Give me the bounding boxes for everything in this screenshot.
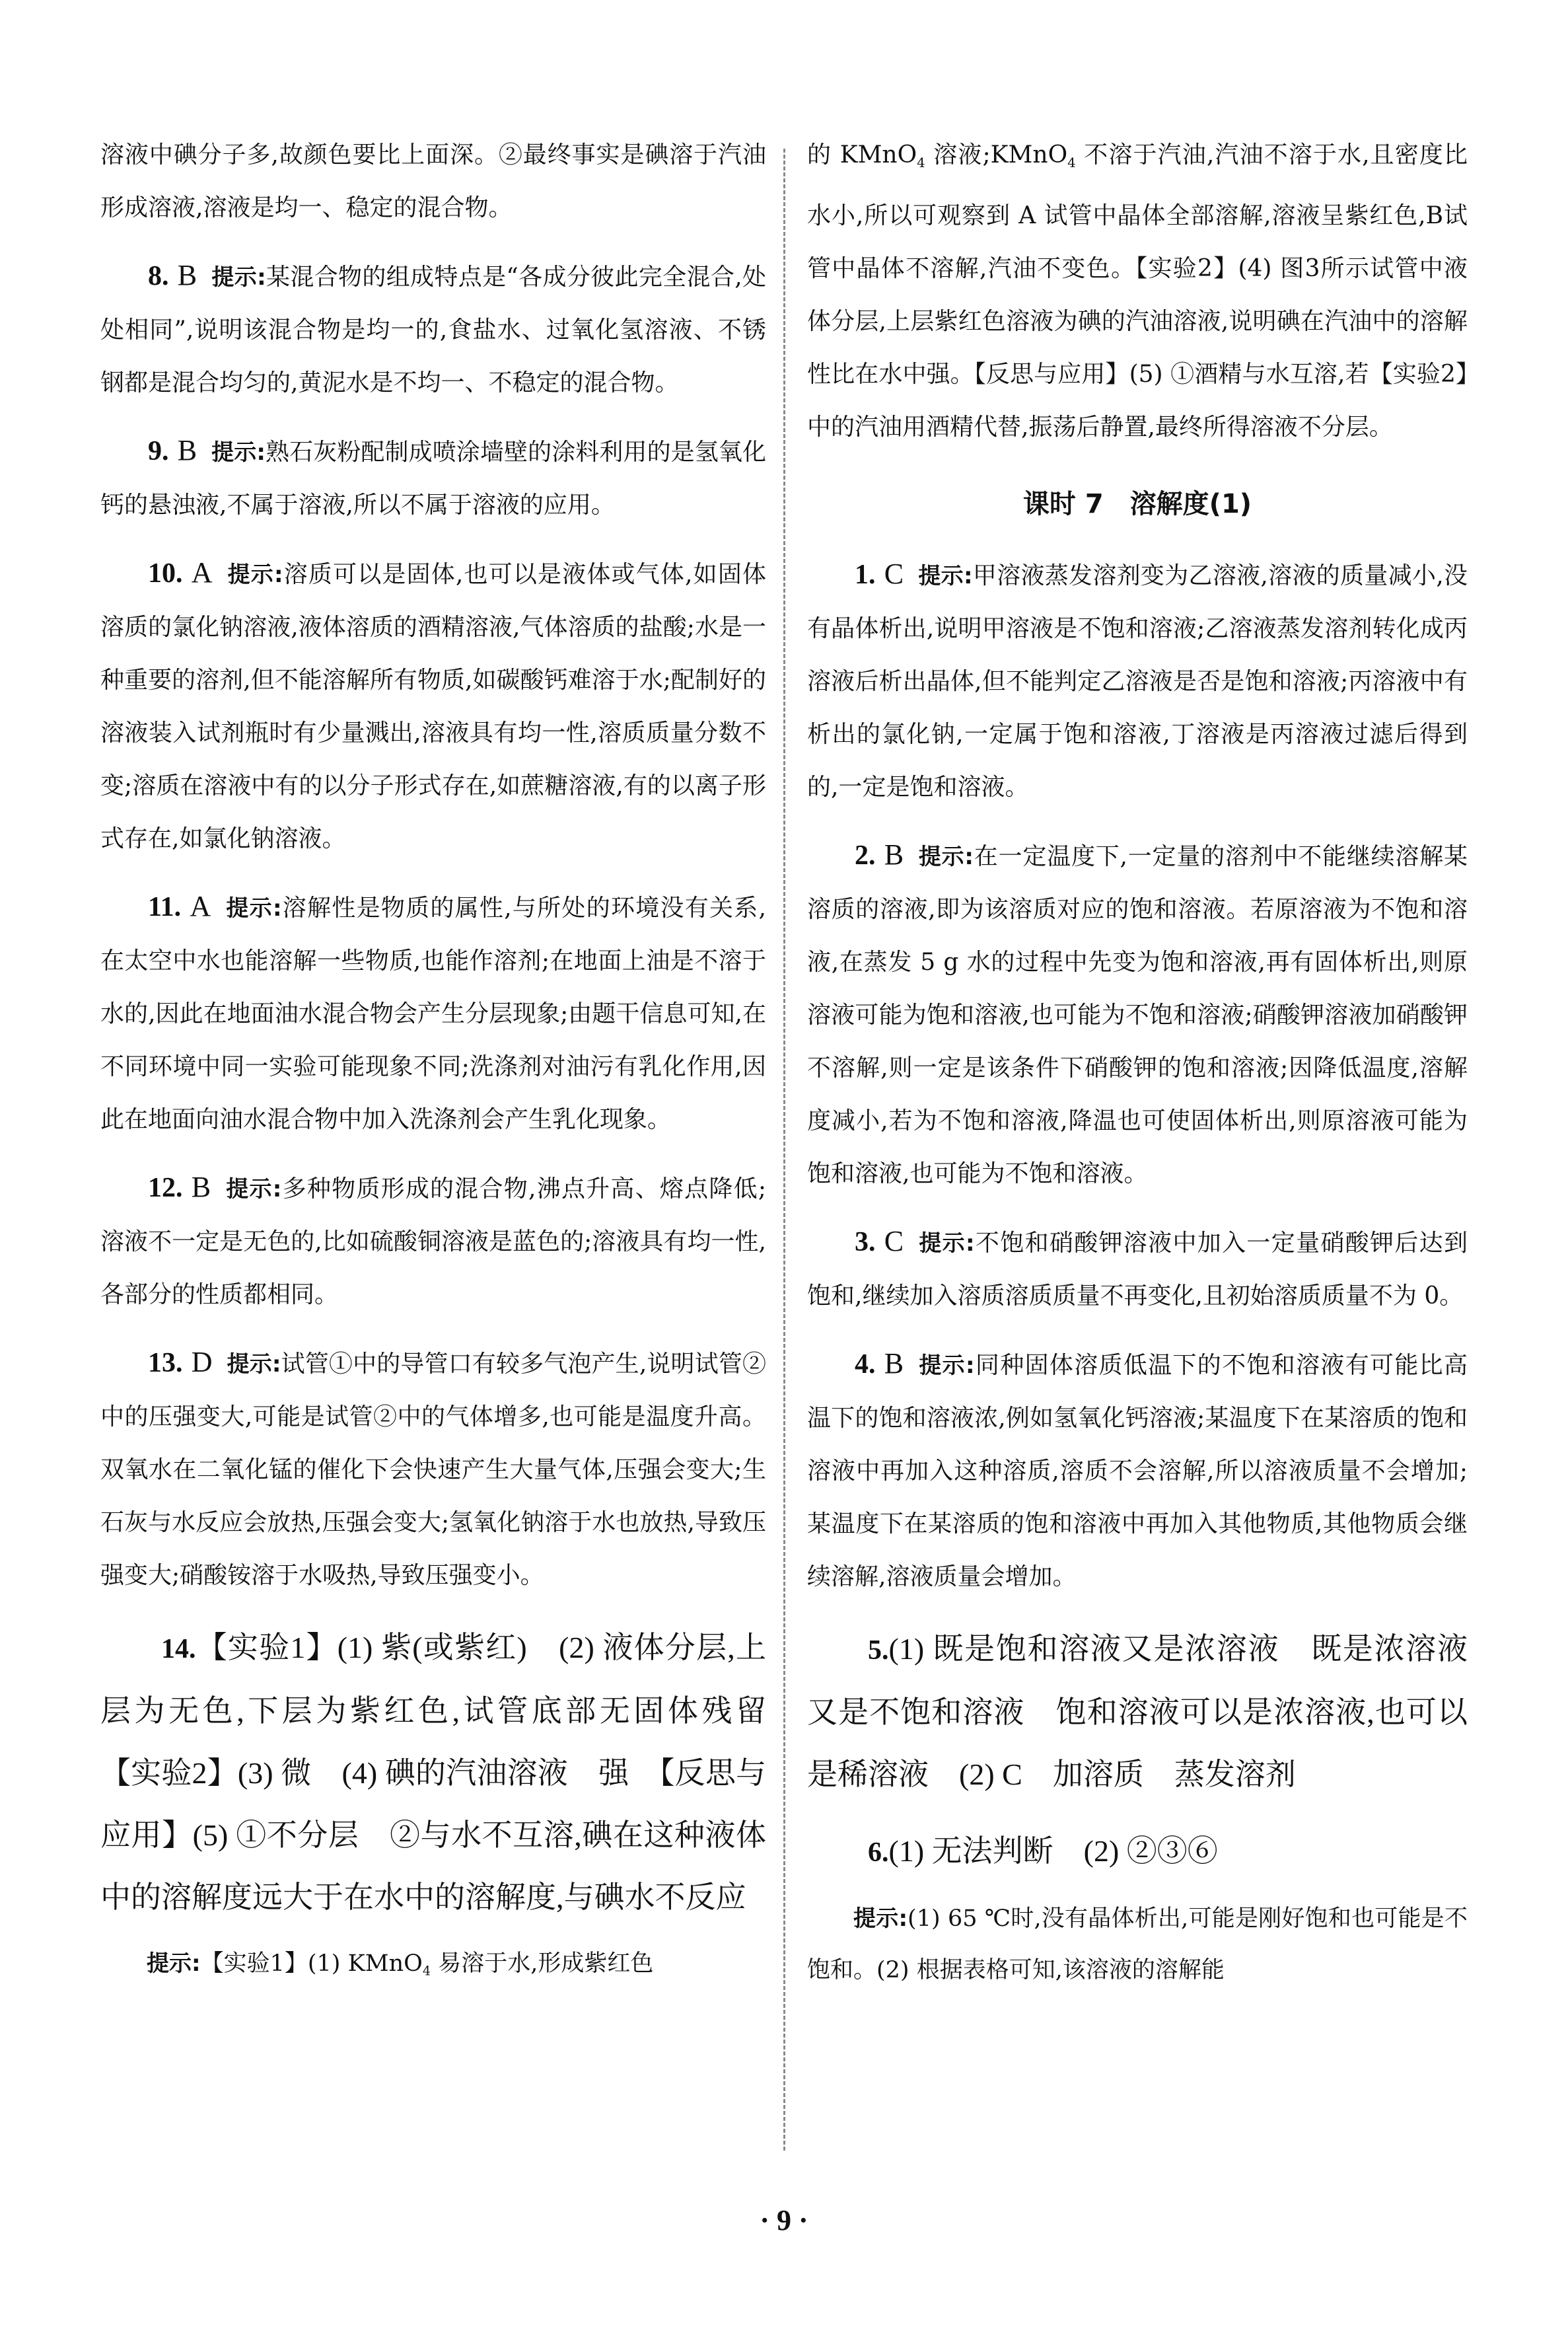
answer-item-14: 14.【实验1】(1) 紫(或紫红) (2) 液体分层,上层为无色,下层为紫红色… xyxy=(100,1617,766,1929)
carryover-part: 溶液;KMnO xyxy=(925,141,1067,168)
item-number: 8. xyxy=(148,261,169,291)
hint-text: 熟石灰粉配制成喷涂墙壁的涂料利用的是氢氧化钙的悬浊液,不属于溶液,所以不属于溶液… xyxy=(100,439,766,519)
page-number: · 9 · xyxy=(0,2203,1568,2237)
hint-text: 试管①中的导管口有较多气泡产生,说明试管②中的压强变大,可能是试管②中的气体增多… xyxy=(100,1350,766,1589)
subscript: 4 xyxy=(423,1964,431,1979)
answer-item-3: 3.C提示:不饱和硝酸钾溶液中加入一定量硝酸钾后达到饱和,继续加入溶质溶质质量不… xyxy=(807,1215,1468,1323)
answer-item-1: 1.C提示:甲溶液蒸发溶剂变为乙溶液,溶液的质量减小,没有晶体析出,说明甲溶液是… xyxy=(807,548,1468,814)
item-number: 9. xyxy=(148,436,169,466)
item-answer: (1) 既是饱和溶液又是浓溶液 既是浓溶液又是不饱和溶液 饱和溶液可以是浓溶液,… xyxy=(807,1632,1468,1791)
answer-item-10: 10.A提示:溶质可以是固体,也可以是液体或气体,如固体溶质的氯化钠溶液,液体溶… xyxy=(100,546,766,866)
item-answer: B xyxy=(884,1347,904,1380)
hint-text: 甲溶液蒸发溶剂变为乙溶液,溶液的质量减小,没有晶体析出,说明甲溶液是不饱和溶液;… xyxy=(807,562,1468,801)
item-number: 4. xyxy=(855,1349,876,1380)
answer-item-11: 11.A提示:溶解性是物质的属性,与所处的环境没有关系,在太空中水也能溶解一些物… xyxy=(100,880,766,1146)
item-answer: B xyxy=(192,1171,211,1203)
hint-label: 提示: xyxy=(211,264,266,291)
right-column: 的 KMnO4 溶液;KMnO4 不溶于汽油,汽油不溶于水,且密度比水小,所以可… xyxy=(807,129,1468,1996)
hint-label: 提示: xyxy=(853,1905,908,1932)
column-divider xyxy=(783,149,785,2151)
item-number: 12. xyxy=(148,1173,183,1203)
item-answer: C xyxy=(884,1225,904,1257)
answer-item-2: 2.B提示:在一定温度下,一定量的溶剂中不能继续溶解某溶质的溶液,即为该溶质对应… xyxy=(807,829,1468,1200)
item-number: 5. xyxy=(868,1635,889,1666)
hint-text: 某混合物的组成特点是“各成分彼此完全混合,处处相同”,说明该混合物是均一的,食盐… xyxy=(100,264,766,396)
answer-item-9: 9.B提示:熟石灰粉配制成喷涂墙壁的涂料利用的是氢氧化钙的悬浊液,不属于溶液,所… xyxy=(100,424,766,532)
item-answer: B xyxy=(178,259,197,291)
item-answer: D xyxy=(192,1346,213,1378)
answer-item-6: 6.(1) 无法判断 (2) ②③⑥ xyxy=(807,1820,1468,1884)
hint-label: 提示: xyxy=(225,895,281,922)
item-answer: A xyxy=(190,890,211,922)
left-column: 溶液中碘分子多,故颜色要比上面深。②最终事实是碘溶于汽油形成溶液,溶液是均一、稳… xyxy=(100,129,766,1997)
hint-text: 易溶于水,形成紫红色 xyxy=(431,1950,653,1977)
hint-text: 溶质可以是固体,也可以是液体或气体,如固体溶质的氯化钠溶液,液体溶质的酒精溶液,… xyxy=(100,561,766,852)
item-number: 13. xyxy=(148,1348,183,1378)
hint-label: 提示: xyxy=(147,1950,201,1977)
hint-label: 提示: xyxy=(211,439,266,466)
hint-label: 提示: xyxy=(227,1351,281,1378)
hint-text: 【实验1】(1) KMnO xyxy=(201,1950,423,1977)
answer-item-4: 4.B提示:同种固体溶质低温下的不饱和溶液有可能比高温下的饱和溶液浓,例如氢氧化… xyxy=(807,1337,1468,1604)
section-title: 课时 7 溶解度(1) xyxy=(807,478,1468,531)
item-number: 10. xyxy=(148,558,183,589)
item-answer: C xyxy=(884,558,904,590)
hint-label: 提示: xyxy=(918,563,973,589)
hint-item-6: 提示:(1) 65 ℃时,没有晶体析出,可能是刚好饱和也可能是不饱和。(2) 根… xyxy=(807,1893,1468,1996)
answer-item-12: 12.B提示:多种物质形成的混合物,沸点升高、熔点降低;溶液不一定是无色的,比如… xyxy=(100,1161,766,1321)
item-number: 6. xyxy=(868,1837,889,1868)
item-answer: 【实验1】(1) 紫(或紫红) (2) 液体分层,上层为无色,下层为紫红色,试管… xyxy=(100,1631,797,1914)
carryover-text: 溶液中碘分子多,故颜色要比上面深。②最终事实是碘溶于汽油形成溶液,溶液是均一、稳… xyxy=(100,129,766,235)
carryover-text: 的 KMnO4 溶液;KMnO4 不溶于汽油,汽油不溶于水,且密度比水小,所以可… xyxy=(807,129,1468,454)
item-answer: B xyxy=(884,838,904,871)
hint-label: 提示: xyxy=(918,1352,975,1379)
item-number: 1. xyxy=(855,560,876,590)
item-number: 2. xyxy=(855,840,876,871)
hint-item-14: 提示:【实验1】(1) KMnO4 易溶于水,形成紫红色 xyxy=(100,1938,766,1997)
hint-label: 提示: xyxy=(225,1176,281,1202)
hint-label: 提示: xyxy=(918,844,974,870)
answer-item-8: 8.B提示:某混合物的组成特点是“各成分彼此完全混合,处处相同”,说明该混合物是… xyxy=(100,249,766,410)
hint-text: 不饱和硝酸钾溶液中加入一定量硝酸钾后达到饱和,继续加入溶质溶质质量不再变化,且初… xyxy=(807,1230,1468,1310)
hint-text: 溶解性是物质的属性,与所处的环境没有关系,在太空中水也能溶解一些物质,也能作溶剂… xyxy=(100,895,766,1133)
carryover-part: 的 KMnO xyxy=(807,141,917,168)
item-answer: (1) 无法判断 (2) ②③⑥ xyxy=(889,1834,1218,1868)
item-answer: A xyxy=(192,556,213,589)
item-answer: B xyxy=(178,434,197,466)
item-number: 11. xyxy=(148,892,181,922)
answer-item-13: 13.D提示:试管①中的导管口有较多气泡产生,说明试管②中的压强变大,可能是试管… xyxy=(100,1336,766,1602)
hint-text: 同种固体溶质低温下的不饱和溶液有可能比高温下的饱和溶液浓,例如氢氧化钙溶液;某温… xyxy=(807,1352,1468,1590)
subscript: 4 xyxy=(1067,155,1076,170)
hint-text: 在一定温度下,一定量的溶剂中不能继续溶解某溶质的溶液,即为该溶质对应的饱和溶液。… xyxy=(807,843,1468,1187)
hint-label: 提示: xyxy=(227,562,283,588)
item-number: 14. xyxy=(161,1634,196,1664)
hint-label: 提示: xyxy=(918,1230,975,1257)
carryover-part: 不溶于汽油,汽油不溶于水,且密度比水小,所以可观察到 A 试管中晶体全部溶解,溶… xyxy=(807,141,1468,441)
item-number: 3. xyxy=(855,1227,876,1257)
subscript: 4 xyxy=(917,155,925,170)
answer-item-5: 5.(1) 既是饱和溶液又是浓溶液 既是浓溶液又是不饱和溶液 饱和溶液可以是浓溶… xyxy=(807,1618,1468,1806)
